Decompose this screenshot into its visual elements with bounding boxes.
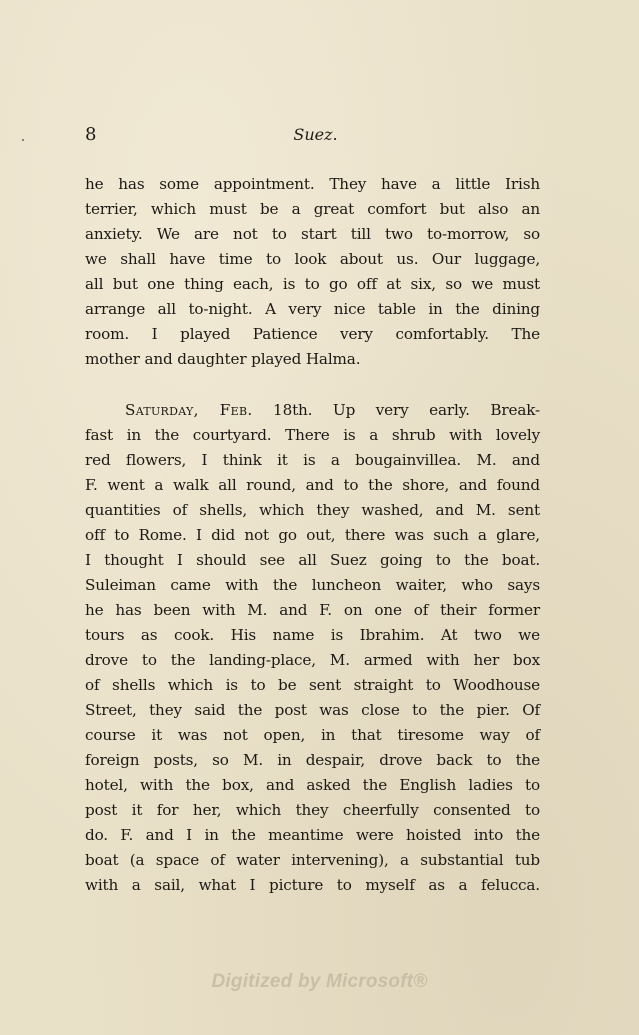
text-line: of shells which is to be sent straight t… — [85, 673, 540, 698]
text-line: tours as cook. His name is Ibrahim. At t… — [85, 623, 540, 648]
text-line: off to Rome. I did not go out, there was… — [85, 523, 540, 548]
text-line-rest: 18th. Up very early. Break- — [252, 401, 540, 419]
margin-speck — [22, 139, 24, 141]
running-title: Suez. — [85, 125, 540, 144]
digitization-watermark: Digitized by Microsoft® — [0, 971, 639, 993]
text-line: terrier, which must be a great comfort b… — [85, 197, 540, 222]
text-line: all but one thing each, is to go off at … — [85, 272, 540, 297]
text-line: he has been with M. and F. on one of the… — [85, 598, 540, 623]
text-line: I thought I should see all Suez going to… — [85, 548, 540, 573]
text-line: mother and daughter played Halma. — [85, 347, 540, 372]
text-line: Street, they said the post was close to … — [85, 698, 540, 723]
text-line: do. F. and I in the meantime were hoiste… — [85, 823, 540, 848]
text-line-date-entry: Saturday, Feb. 18th. Up very early. Brea… — [85, 398, 540, 423]
text-line: we shall have time to look about us. Our… — [85, 247, 540, 272]
text-line: Suleiman came with the luncheon waiter, … — [85, 573, 540, 598]
text-line: F. went a walk all round, and to the sho… — [85, 473, 540, 498]
text-line: quantities of shells, which they washed,… — [85, 498, 540, 523]
text-line: hotel, with the box, and asked the Engli… — [85, 773, 540, 798]
text-line: he has some appointment. They have a lit… — [85, 172, 540, 197]
text-line: anxiety. We are not to start till two to… — [85, 222, 540, 247]
text-line: boat (a space of water intervening), a s… — [85, 848, 540, 873]
text-line: foreign posts, so M. in despair, drove b… — [85, 748, 540, 773]
body-text: he has some appointment. They have a lit… — [85, 172, 540, 898]
text-line: post it for her, which they cheerfully c… — [85, 798, 540, 823]
text-line: course it was not open, in that tiresome… — [85, 723, 540, 748]
text-line: with a sail, what I picture to myself as… — [85, 873, 540, 898]
text-line: red flowers, I think it is a bougainvill… — [85, 448, 540, 473]
text-line: fast in the courtyard. There is a shrub … — [85, 423, 540, 448]
paragraph-gap — [85, 372, 540, 398]
book-page: 8 Suez. he has some appointment. They ha… — [0, 0, 639, 1035]
text-line: arrange all to-night. A very nice table … — [85, 297, 540, 322]
text-line: drove to the landing-place, M. armed wit… — [85, 648, 540, 673]
running-head: 8 Suez. — [85, 124, 540, 150]
date-heading: Saturday, Feb. — [125, 401, 252, 419]
text-line: room. I played Patience very comfortably… — [85, 322, 540, 347]
